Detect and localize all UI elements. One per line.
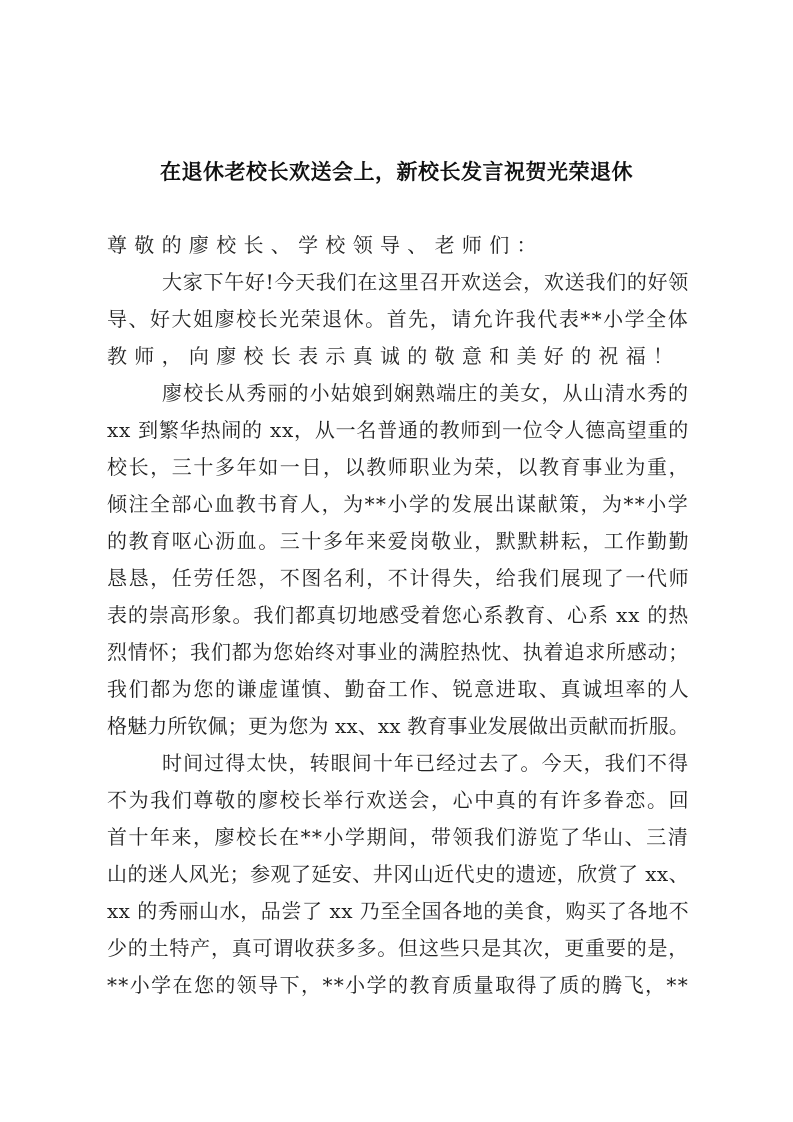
- text-line: 格魅力所钦佩；更为您为 xx、xx 教育事业发展做出贡献而折服。: [107, 710, 689, 747]
- document-title: 在退休老校长欢送会上，新校长发言祝贺光荣退休: [0, 156, 793, 186]
- document-page: 在退休老校长欢送会上，新校长发言祝贺光荣退休 尊敬的廖校长、学校领导、老师们：大…: [0, 0, 793, 1122]
- text-line: 少的土特产，真可谓收获多多。但这些只是其次，更重要的是，: [107, 932, 689, 969]
- text-line: 山的迷人风光；参观了延安、井冈山近代史的遗迹，欣赏了 xx、: [107, 858, 689, 895]
- text-line: 烈情怀；我们都为您始终对事业的满腔热忱、执着追求所感动；: [107, 636, 689, 673]
- text-line: xx 到繁华热闹的 xx，从一名普通的教师到一位令人德高望重的: [107, 414, 689, 451]
- text-line: **小学在您的领导下，**小学的教育质量取得了质的腾飞，**: [107, 969, 689, 1006]
- text-line: 教师，向廖校长表示真诚的敬意和美好的祝福！: [107, 340, 689, 377]
- text-line: 我们都为您的谦虚谨慎、勤奋工作、锐意进取、真诚坦率的人: [107, 673, 689, 710]
- text-line: 时间过得太快，转眼间十年已经过去了。今天，我们不得: [107, 747, 689, 784]
- text-line: 不为我们尊敬的廖校长举行欢送会，心中真的有许多眷恋。回: [107, 784, 689, 821]
- text-line: 首十年来，廖校长在**小学期间，带领我们游览了华山、三清: [107, 821, 689, 858]
- text-line: 大家下午好!今天我们在这里召开欢送会，欢送我们的好领: [107, 266, 689, 303]
- text-line: 廖校长从秀丽的小姑娘到娴熟端庄的美女，从山清水秀的: [107, 377, 689, 414]
- text-line: 表的崇高形象。我们都真切地感受着您心系教育、心系 xx 的热: [107, 599, 689, 636]
- text-line: 尊敬的廖校长、学校领导、老师们：: [107, 229, 689, 266]
- text-line: 校长，三十多年如一日，以教师职业为荣，以教育事业为重，: [107, 451, 689, 488]
- text-line: 的教育呕心沥血。三十多年来爱岗敬业，默默耕耘，工作勤勤: [107, 525, 689, 562]
- text-line: xx 的秀丽山水，品尝了 xx 乃至全国各地的美食，购买了各地不: [107, 895, 689, 932]
- document-body: 尊敬的廖校长、学校领导、老师们：大家下午好!今天我们在这里召开欢送会，欢送我们的…: [107, 229, 689, 1006]
- text-line: 倾注全部心血教书育人，为**小学的发展出谋献策，为**小学: [107, 488, 689, 525]
- text-line: 恳恳，任劳任怨，不图名利，不计得失，给我们展现了一代师: [107, 562, 689, 599]
- text-line: 导、好大姐廖校长光荣退休。首先，请允许我代表**小学全体: [107, 303, 689, 340]
